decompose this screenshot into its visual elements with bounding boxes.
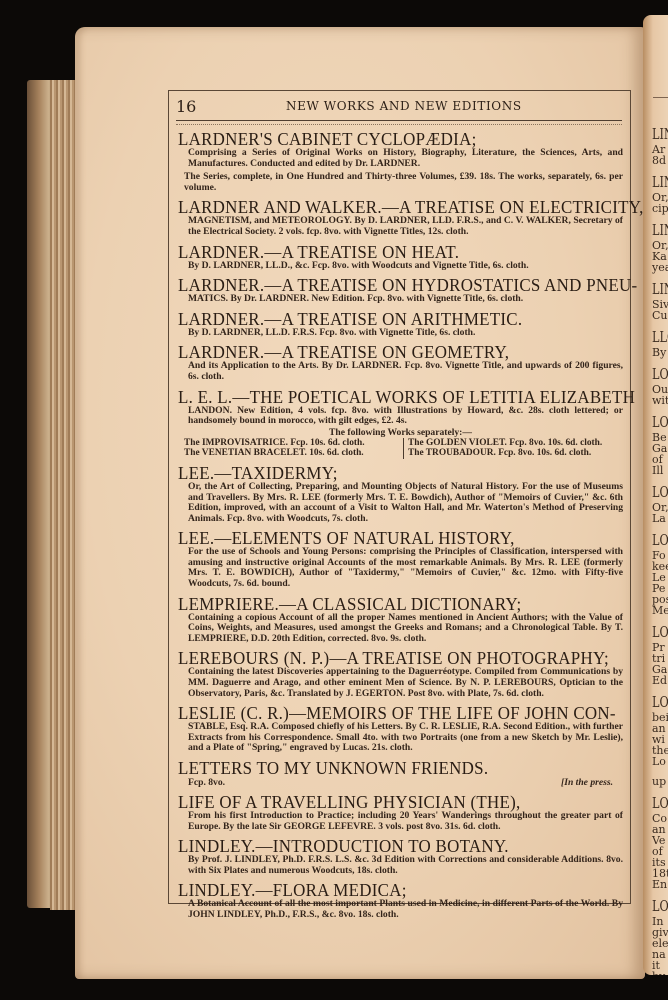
separate-work: The IMPROVISATRICE. Fcp. 10s. 6d. cloth. — [184, 438, 399, 449]
separate-works-right: The GOLDEN VIOLET. Fcp. 8vo. 10s. 6d. cl… — [404, 438, 623, 459]
facing-entry-title: LOU — [652, 415, 668, 430]
facing-entry-title: LOU — [652, 485, 668, 500]
facing-entry-text: La — [652, 513, 666, 524]
facing-entry-text: Me — [652, 605, 668, 616]
entry-title: LEE.—TAXIDERMY; — [178, 464, 596, 482]
entry-description: For the use of Schools and Young Persons… — [178, 547, 623, 589]
catalogue-entry: LETTERS TO MY UNKNOWN FRIENDS. Fcp. 8vo.… — [178, 759, 623, 788]
catalogue-entry: LARDNER.—A TREATISE ON HYDROSTATICS AND … — [178, 276, 623, 305]
entry-title: LEREBOURS (N. P.)—A TREATISE ON PHOTOGRA… — [178, 649, 596, 667]
facing-entry-text: Ill — [652, 465, 663, 476]
catalogue-entry: LIFE OF A TRAVELLING PHYSICIAN (THE), Fr… — [178, 793, 623, 832]
entry-description: A Botanical Account of all the most impo… — [178, 899, 623, 920]
entry-title: LINDLEY.—FLORA MEDICA; — [178, 881, 596, 899]
facing-entry-text: Cu — [652, 310, 668, 321]
entry-description: And its Application to the Arts. By Dr. … — [178, 361, 623, 382]
catalogue-entry: LARDNER AND WALKER.—A TREATISE ON ELECTR… — [178, 198, 623, 237]
entry-title: LARDNER.—A TREATISE ON ARITHMETIC. — [178, 310, 596, 328]
publication-status: [In the press. — [561, 777, 623, 788]
entry-title: LARDNER.—A TREATISE ON HEAT. — [178, 243, 596, 261]
entry-description: Fcp. 8vo. — [188, 777, 225, 788]
facing-entry-text: Lo — [652, 756, 666, 767]
entry-description: Comprising a Series of Original Works on… — [178, 148, 623, 169]
facing-header-rule — [653, 97, 668, 98]
separate-work: The GOLDEN VIOLET. Fcp. 8vo. 10s. 6d. cl… — [408, 438, 623, 449]
entry-description: By D. LARDNER, LL.D., &c. Fcp. 8vo. with… — [178, 261, 623, 272]
entry-description: STABLE, Esq. R.A. Composed chiefly of hi… — [178, 722, 623, 754]
separate-work: The VENETIAN BRACELET. 10s. 6d. cloth. — [184, 448, 399, 459]
entry-description: Or, the Art of Collecting, Preparing, an… — [178, 482, 623, 524]
facing-entry-title: LOR — [652, 367, 668, 382]
entry-description: By D. LARDNER, LL.D. F.R.S. Fcp. 8vo. wi… — [178, 328, 623, 339]
entry-description: MAGNETISM, and METEOROLOGY. By D. LARDNE… — [178, 216, 623, 237]
catalogue-entry: LEE.—ELEMENTS OF NATURAL HISTORY, For th… — [178, 529, 623, 589]
entry-title: LINDLEY.—INTRODUCTION TO BOTANY. — [178, 837, 596, 855]
catalogue-entry: LEMPRIERE.—A CLASSICAL DICTIONARY; Conta… — [178, 595, 623, 645]
facing-entry-title: LIN — [652, 175, 668, 190]
header-rule — [176, 120, 622, 125]
facing-entry-text: En — [652, 879, 667, 890]
entry-description: From his first Introduction to Practice;… — [178, 811, 623, 832]
catalogue-entry: LINDLEY.—INTRODUCTION TO BOTANY. By Prof… — [178, 837, 623, 876]
catalogue-entry: LARDNER.—A TREATISE ON HEAT. By D. LARDN… — [178, 243, 623, 272]
entry-description: MATICS. By Dr. LARDNER. New Edition. Fcp… — [178, 294, 623, 305]
entry-title: LIFE OF A TRAVELLING PHYSICIAN (THE), — [178, 793, 596, 811]
catalogue-entry: LARDNER'S CABINET CYCLOPÆDIA; Comprising… — [178, 130, 623, 193]
entry-description: By Prof. J. LINDLEY, Ph.D. F.R.S. L.S. &… — [178, 855, 623, 876]
facing-entry-title: LIN — [652, 127, 668, 142]
entry-description-row: Fcp. 8vo. [In the press. — [178, 777, 623, 788]
separate-works-table: The IMPROVISATRICE. Fcp. 10s. 6d. cloth.… — [178, 438, 623, 459]
page-header: 16 NEW WORKS AND NEW EDITIONS — [176, 96, 624, 116]
entry-description: LANDON. New Edition, 4 vols. fcp. 8vo. w… — [178, 406, 623, 427]
facing-entry-text: yea — [652, 262, 668, 273]
catalogue-entry: LARDNER.—A TREATISE ON GEOMETRY, And its… — [178, 343, 623, 382]
entry-title: L. E. L.—THE POETICAL WORKS OF LETITIA E… — [178, 388, 596, 406]
entry-title: LARDNER.—A TREATISE ON GEOMETRY, — [178, 343, 596, 361]
entry-title: LARDNER.—A TREATISE ON HYDROSTATICS AND … — [178, 276, 596, 294]
facing-entry-title: LOU — [652, 695, 668, 710]
page-number: 16 — [176, 97, 196, 116]
facing-entry-text: wit — [652, 395, 668, 406]
facing-entry-text: Ed — [652, 675, 667, 686]
entry-title: LEE.—ELEMENTS OF NATURAL HISTORY, — [178, 529, 596, 547]
facing-entry-title: LOU — [652, 796, 668, 811]
facing-entry-text: By — [652, 347, 666, 358]
entry-description: Containing a copious Account of all the … — [178, 613, 623, 645]
entry-title: LARDNER AND WALKER.—A TREATISE ON ELECTR… — [178, 198, 596, 216]
entry-description: Containing the latest Discoveries appert… — [178, 667, 623, 699]
entry-title: LESLIE (C. R.)—MEMOIRS OF THE LIFE OF JO… — [178, 704, 596, 722]
catalogue-entry: L. E. L.—THE POETICAL WORKS OF LETITIA E… — [178, 388, 623, 459]
running-head: NEW WORKS AND NEW EDITIONS — [286, 99, 522, 113]
catalogue-entry: LEE.—TAXIDERMY; Or, the Art of Collectin… — [178, 464, 623, 524]
separately-label: The following Works separately:— — [178, 427, 623, 438]
facing-entry-text: 8d — [652, 155, 666, 166]
facing-entry-text: by — [652, 971, 665, 975]
facing-entry-title: LOU — [652, 899, 668, 914]
facing-entry-title: LOU — [652, 625, 668, 640]
catalogue-entry: LEREBOURS (N. P.)—A TREATISE ON PHOTOGRA… — [178, 649, 623, 699]
facing-entry-title: LOU — [652, 533, 668, 548]
entry-title: LARDNER'S CABINET CYCLOPÆDIA; — [178, 130, 596, 148]
separate-work: The TROUBADOUR. Fcp. 8vo. 10s. 6d. cloth… — [408, 448, 623, 459]
facing-entry-title: LIN — [652, 223, 668, 238]
facing-entry-text: cip — [652, 203, 668, 214]
entry-title: LEMPRIERE.—A CLASSICAL DICTIONARY; — [178, 595, 596, 613]
catalogue-listing: LARDNER'S CABINET CYCLOPÆDIA; Comprising… — [178, 130, 623, 926]
facing-entry-title: LLO — [652, 330, 668, 345]
entry-note: The Series, complete, in One Hundred and… — [178, 172, 623, 193]
facing-page: LINAr8dLINOr,cipLINOr,KayeaLINSivCuLLOBy… — [643, 15, 668, 975]
facing-entry-text: up — [652, 776, 666, 787]
catalogue-entry: LINDLEY.—FLORA MEDICA; A Botanical Accou… — [178, 881, 623, 920]
facing-entry-title: LIN — [652, 282, 668, 297]
separate-works-left: The IMPROVISATRICE. Fcp. 10s. 6d. cloth.… — [184, 438, 404, 459]
catalogue-entry: LARDNER.—A TREATISE ON ARITHMETIC. By D.… — [178, 310, 623, 339]
catalogue-entry: LESLIE (C. R.)—MEMOIRS OF THE LIFE OF JO… — [178, 704, 623, 754]
entry-title: LETTERS TO MY UNKNOWN FRIENDS. — [178, 759, 596, 777]
